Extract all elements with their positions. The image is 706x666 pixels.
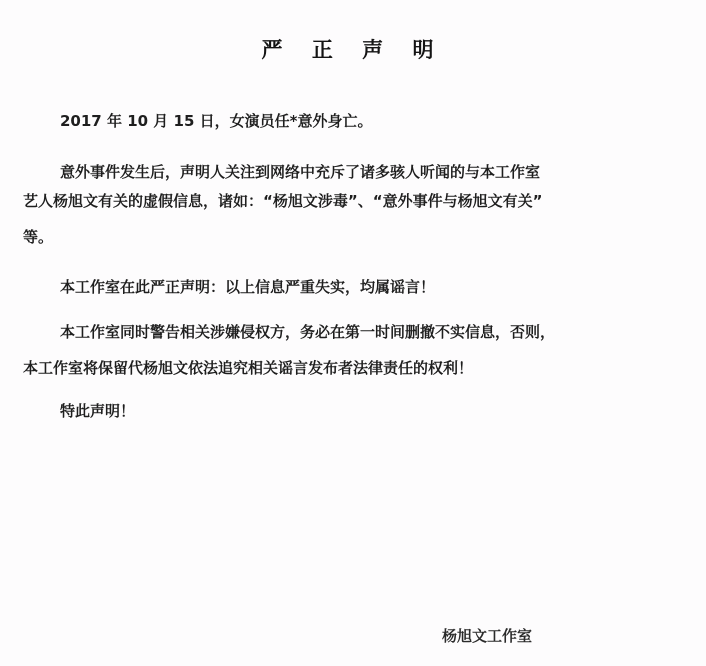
paragraph-date-event: 2017 年 10 月 15 日，女演员任*意外身亡。 <box>60 107 372 136</box>
paragraph-rumors-line-3: 等。 <box>23 223 53 252</box>
paragraph-closing: 特此声明！ <box>60 397 135 426</box>
paragraph-warning-line-2: 本工作室将保留代杨旭文依法追究相关谣言发布者法律责任的权利！ <box>23 354 473 383</box>
paragraph-rumors-line-2: 艺人杨旭文有关的虚假信息，诸如：“杨旭文涉毒”、“意外事件与杨旭文有关” <box>23 187 542 216</box>
paragraph-declaration: 本工作室在此严正声明：以上信息严重失实，均属谣言！ <box>60 273 435 302</box>
paragraph-warning-line-1: 本工作室同时警告相关涉嫌侵权方，务必在第一时间删撤不实信息，否则， <box>60 318 555 347</box>
signature: 杨旭文工作室 <box>442 625 532 646</box>
paragraph-rumors-line-1: 意外事件发生后，声明人关注到网络中充斥了诸多骇人听闻的与本工作室 <box>60 158 540 187</box>
document-title: 严 正 声 明 <box>0 34 706 64</box>
